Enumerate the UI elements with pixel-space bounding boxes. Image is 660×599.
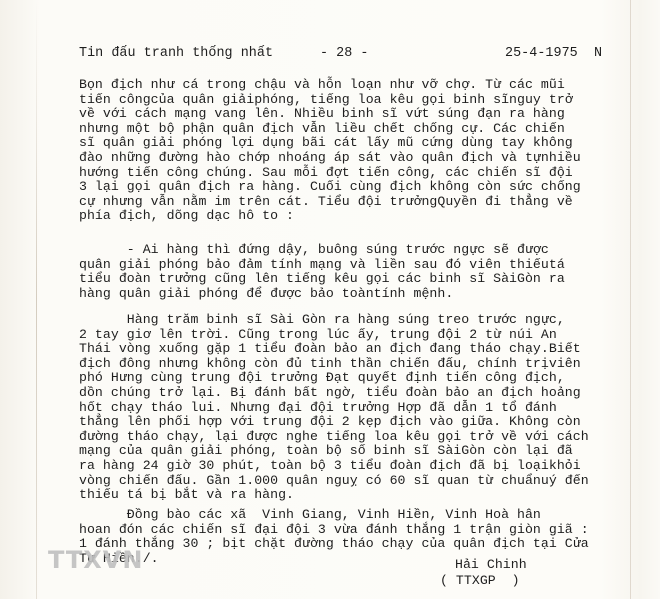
paragraph-3-line: đường tháo chạy, lại được nghe tiếng loa… [79,430,589,444]
signature-name: Hải Chinh [455,558,527,572]
paragraph-2-line: hàng quân giải phóng để được bảo toàntín… [79,287,453,301]
paragraph-1-line: hướng tiến công chúng. Sau mỗi đợt tiến … [79,166,573,180]
paragraph-3-line: phó Hưng cùng trung đội trưởng Đạt quyết… [79,371,565,385]
paragraph-1-line: 3 lại gọi quân địch ra hàng. Cuối cùng đ… [79,180,581,194]
paragraph-1-line: nhưng một bộ phận quân địch vẫn liều chế… [79,122,565,136]
header-date: 25-4-1975 N [505,47,602,61]
scanned-document-page: Tin đấu tranh thống nhất - 28 - 25-4-197… [0,0,660,599]
paragraph-3-line: dồn chúng trở lại. Bị đánh bất ngờ, tiểu… [79,386,581,400]
paragraph-2-line: quân giải phóng bảo đảm tính mạng và liề… [79,258,565,272]
paper-edge-right [630,0,631,599]
paragraph-1-line: tiến côngcủa quân giảiphóng, tiếng loa k… [79,93,573,107]
paragraph-3-line: mạng của quân giải phóng, toàn bộ số bin… [79,444,573,458]
paragraph-4-line: hoan đón các chiến sĩ đại đội 3 vừa đánh… [79,523,589,537]
paragraph-2-line: tiểu đoàn trưởng cũng lên tiếng kêu gọi … [79,272,565,286]
paragraph-3-line: Thái vòng xuống gặp 1 tiểu đoàn bảo an đ… [79,342,581,356]
signature-agency: ( TTXGP ) [440,574,520,588]
paragraph-3-line: 2 tay giơ lên trời. Cũng trong lúc ấy, t… [79,328,557,342]
paragraph-3-line: ra hàng 24 giờ 30 phút, toàn bộ 3 tiểu đ… [79,459,581,473]
paragraph-3-line: địch đông nhưng không còn đủ tinh thần c… [79,357,581,371]
paragraph-1-line: cự nhưng vẫn nằm im trên cát. Tiểu đội t… [79,195,573,209]
paragraph-3-line: hốt chạy tháo lui. Nhưng đại đội trưởng … [79,401,557,415]
paragraph-1-line: đào những đường hào chớp nhoáng áp sát v… [79,151,581,165]
paragraph-3-line: thiếu tá bị bắt và ra hàng. [79,488,294,502]
paragraph-1-line: Bọn địch như cá trong chậu và hỗn loạn n… [79,78,565,92]
ttxvn-watermark-logo: TTXVN [48,546,143,574]
paragraph-1-line: sĩ quân giải phóng lợi dụng bãi cát lấy … [79,136,573,150]
paragraph-1-line: về với cách mạng vang lên. Nhiều binh sĩ… [79,107,565,121]
paragraph-1-line: phía địch, dõng dạc hô to : [79,209,294,223]
paragraph-3-line: thẳng lên phối hợp với trung đội 2 kẹp đ… [79,415,581,429]
page-number: - 28 - [320,47,369,61]
paragraph-3-line: vòng chiến đấu. Gần 1.000 quân nguỵ có 6… [79,474,589,488]
paragraph-4-line: Đồng bào các xã Vinh Giang, Vinh Hiền, V… [79,508,541,522]
paper-edge-left [36,0,37,599]
paragraph-3-line: Hàng trăm binh sĩ Sài Gòn ra hàng súng t… [79,313,565,327]
paragraph-2-line: - Ai hàng thì đứng dậy, buông súng trước… [79,243,549,257]
paragraph-4-line: 1 đánh thắng 30 ; bịt chặt đường tháo ch… [79,537,589,551]
header-title: Tin đấu tranh thống nhất [79,47,273,61]
